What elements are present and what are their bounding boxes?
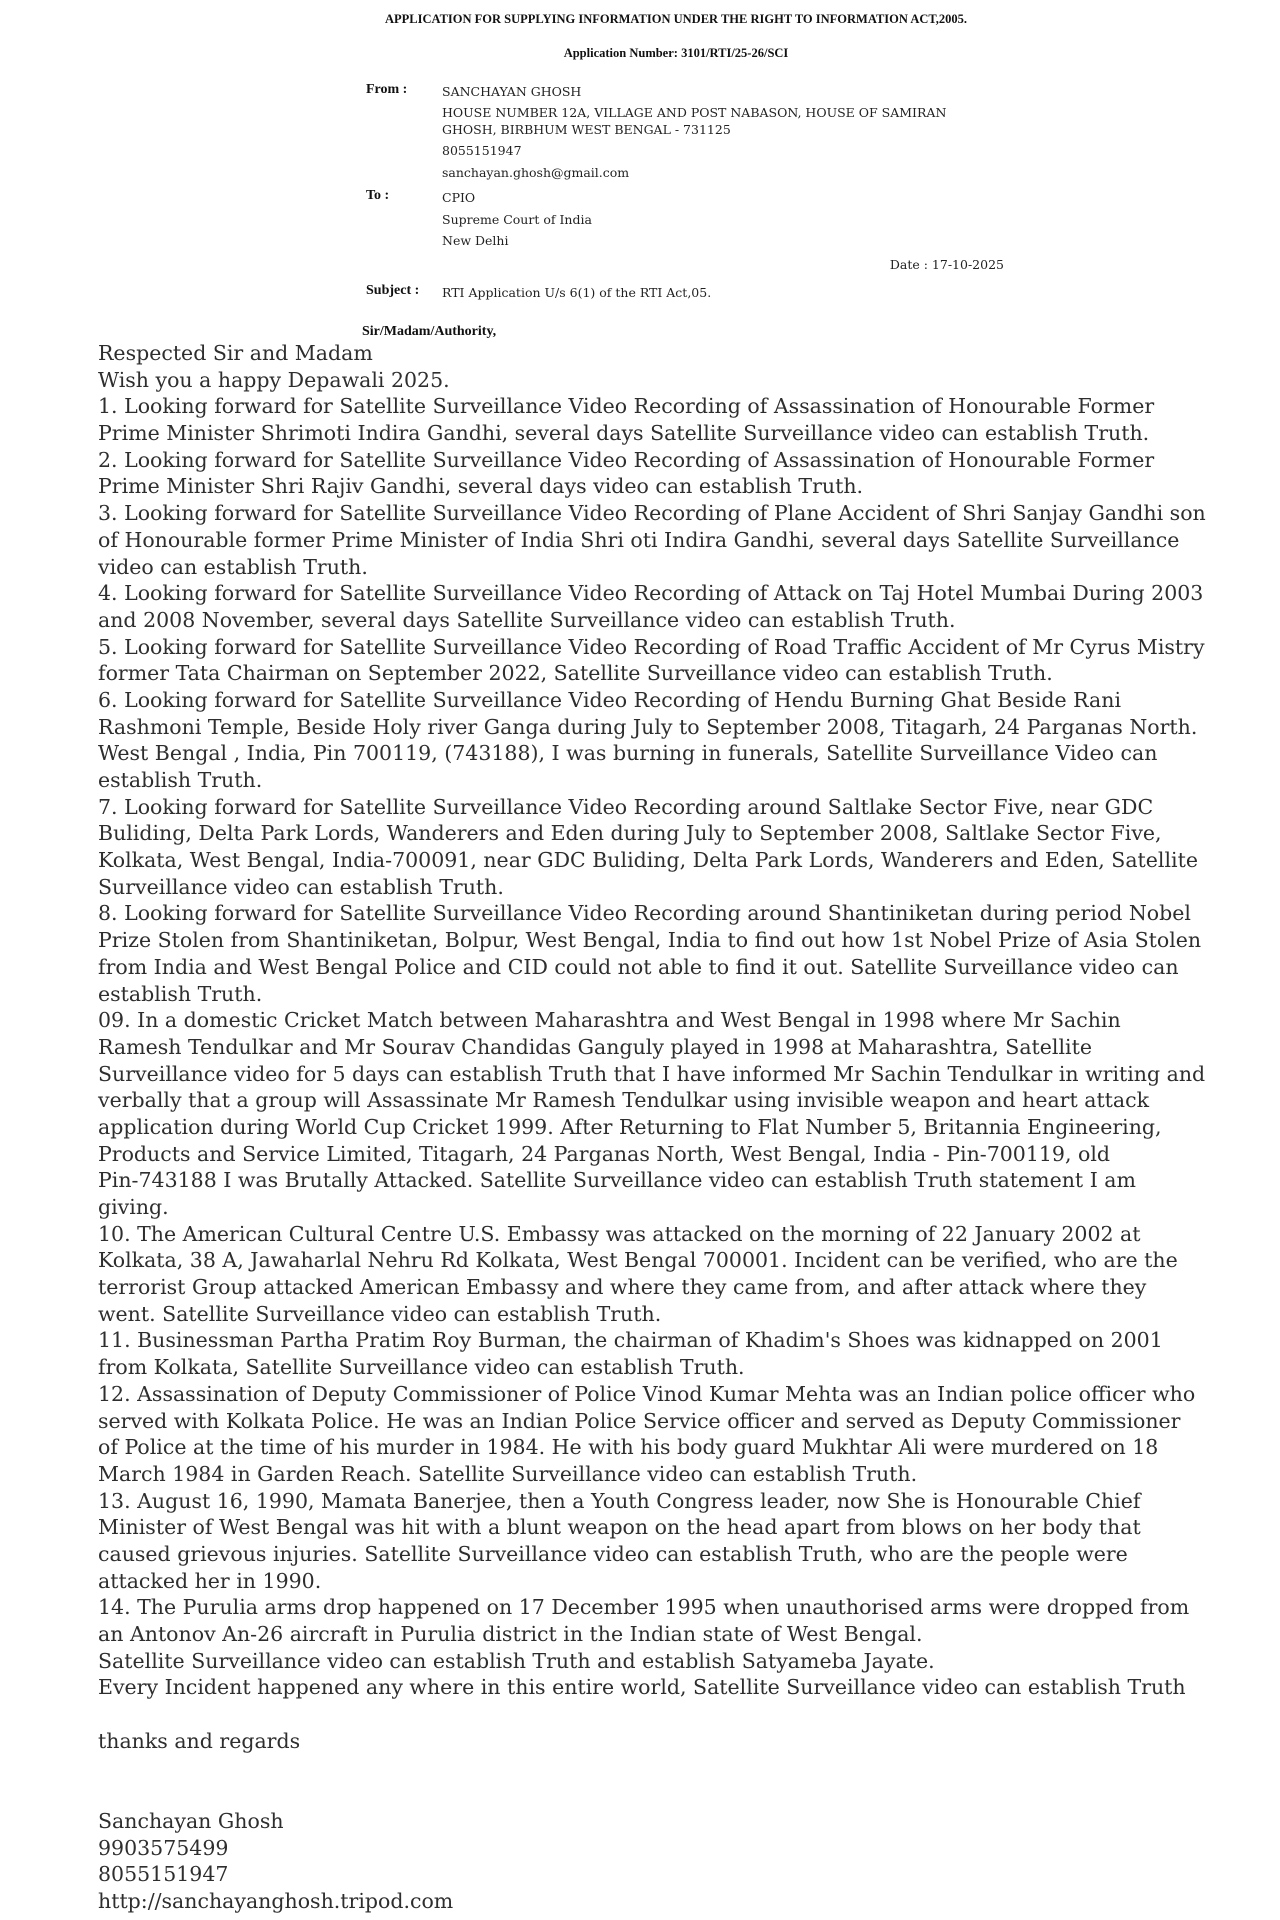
application-number: Application Number: 3101/RTI/25-26/SCI bbox=[0, 46, 1280, 61]
body-line: 12. Assassination of Deputy Commissioner… bbox=[98, 1381, 1206, 1408]
body-line: 5. Looking forward for Satellite Surveil… bbox=[98, 634, 1206, 661]
body-line: 6. Looking forward for Satellite Surveil… bbox=[98, 687, 1206, 714]
body-line: Pin-743188 I was Brutally Attacked. Sate… bbox=[98, 1167, 1206, 1194]
body-line: 13. August 16, 1990, Mamata Banerjee, th… bbox=[98, 1488, 1206, 1515]
body-line: Ramesh Tendulkar and Mr Sourav Chandidas… bbox=[98, 1034, 1206, 1061]
letter-body: Respected Sir and Madam Wish you a happy… bbox=[98, 340, 1206, 1915]
body-line: Prime Minister Shri Rajiv Gandhi, severa… bbox=[98, 473, 1206, 500]
body-line: 14. The Purulia arms drop happened on 17… bbox=[98, 1594, 1206, 1621]
body-line: served with Kolkata Police. He was an In… bbox=[98, 1408, 1206, 1435]
body-line: March 1984 in Garden Reach. Satellite Su… bbox=[98, 1461, 1206, 1488]
body-line: attacked her in 1990. bbox=[98, 1568, 1206, 1595]
salutation: Sir/Madam/Authority, bbox=[362, 324, 496, 340]
body-line: video can establish Truth. bbox=[98, 554, 1206, 581]
body-line: Buliding, Delta Park Lords, Wanderers an… bbox=[98, 820, 1206, 847]
blank-line bbox=[98, 1781, 1206, 1808]
body-line: Prize Stolen from Shantiniketan, Bolpur,… bbox=[98, 927, 1206, 954]
subject-label: Subject : bbox=[366, 283, 419, 299]
document-title: APPLICATION FOR SUPPLYING INFORMATION UN… bbox=[0, 12, 1280, 27]
body-line: of Police at the time of his murder in 1… bbox=[98, 1434, 1206, 1461]
from-address-line2: GHOSH, BIRBHUM WEST BENGAL - 731125 bbox=[442, 121, 731, 138]
to-line3: New Delhi bbox=[442, 232, 508, 249]
from-email: sanchayan.ghosh@gmail.com bbox=[442, 164, 629, 181]
body-line: Every Incident happened any where in thi… bbox=[98, 1674, 1206, 1701]
body-line: establish Truth. bbox=[98, 767, 1206, 794]
signature-name: Sanchayan Ghosh bbox=[98, 1808, 1206, 1835]
body-line: Prime Minister Shrimoti Indira Gandhi, s… bbox=[98, 420, 1206, 447]
body-line: Surveillance video for 5 days can establ… bbox=[98, 1061, 1206, 1088]
body-line: Minister of West Bengal was hit with a b… bbox=[98, 1514, 1206, 1541]
body-line: verbally that a group will Assassinate M… bbox=[98, 1087, 1206, 1114]
from-name: SANCHAYAN GHOSH bbox=[442, 83, 581, 100]
closing-line: thanks and regards bbox=[98, 1728, 1206, 1755]
body-line: Kolkata, West Bengal, India-700091, near… bbox=[98, 847, 1206, 874]
signature-phone2: 8055151947 bbox=[98, 1861, 1206, 1888]
body-line: 4. Looking forward for Satellite Surveil… bbox=[98, 580, 1206, 607]
body-line: Products and Service Limited, Titagarh, … bbox=[98, 1141, 1206, 1168]
body-line: Satellite Surveillance video can establi… bbox=[98, 1648, 1206, 1675]
from-address-line1: HOUSE NUMBER 12A, VILLAGE AND POST NABAS… bbox=[442, 104, 946, 121]
body-line: 8. Looking forward for Satellite Surveil… bbox=[98, 900, 1206, 927]
body-line: Surveillance video can establish Truth. bbox=[98, 874, 1206, 901]
signature-phone1: 9903575499 bbox=[98, 1835, 1206, 1862]
application-date: Date : 17-10-2025 bbox=[890, 257, 1004, 272]
to-label: To : bbox=[366, 188, 389, 204]
body-line: an Antonov An-26 aircraft in Purulia dis… bbox=[98, 1621, 1206, 1648]
body-line: Kolkata, 38 A, Jawaharlal Nehru Rd Kolka… bbox=[98, 1247, 1206, 1274]
body-line: former Tata Chairman on September 2022, … bbox=[98, 660, 1206, 687]
from-phone: 8055151947 bbox=[442, 142, 522, 159]
body-line: West Bengal , India, Pin 700119, (743188… bbox=[98, 740, 1206, 767]
blank-line bbox=[98, 1754, 1206, 1781]
body-line: of Honourable former Prime Minister of I… bbox=[98, 527, 1206, 554]
to-line1: CPIO bbox=[442, 189, 475, 206]
body-line: went. Satellite Surveillance video can e… bbox=[98, 1301, 1206, 1328]
body-line: 7. Looking forward for Satellite Surveil… bbox=[98, 794, 1206, 821]
body-line: Rashmoni Temple, Beside Holy river Ganga… bbox=[98, 714, 1206, 741]
blank-line bbox=[98, 1701, 1206, 1728]
body-line: giving. bbox=[98, 1194, 1206, 1221]
body-line: from Kolkata, Satellite Surveillance vid… bbox=[98, 1354, 1206, 1381]
signature-website-link[interactable]: http://sanchayanghosh.tripod.com bbox=[98, 1888, 1206, 1915]
subject-value: RTI Application U/s 6(1) of the RTI Act,… bbox=[442, 284, 711, 301]
body-line: and 2008 November, several days Satellit… bbox=[98, 607, 1206, 634]
body-line: caused grievous injuries. Satellite Surv… bbox=[98, 1541, 1206, 1568]
body-line: 2. Looking forward for Satellite Surveil… bbox=[98, 447, 1206, 474]
body-line: 10. The American Cultural Centre U.S. Em… bbox=[98, 1221, 1206, 1248]
body-line: establish Truth. bbox=[98, 981, 1206, 1008]
body-line: application during World Cup Cricket 199… bbox=[98, 1114, 1206, 1141]
body-line: Wish you a happy Depawali 2025. bbox=[98, 367, 1206, 394]
body-line: 3. Looking forward for Satellite Surveil… bbox=[98, 500, 1206, 527]
body-line: 11. Businessman Partha Pratim Roy Burman… bbox=[98, 1327, 1206, 1354]
body-line: terrorist Group attacked American Embass… bbox=[98, 1274, 1206, 1301]
from-label: From : bbox=[366, 82, 407, 98]
body-line: Respected Sir and Madam bbox=[98, 340, 1206, 367]
body-line: from India and West Bengal Police and CI… bbox=[98, 954, 1206, 981]
to-line2: Supreme Court of India bbox=[442, 211, 592, 228]
body-line: 1. Looking forward for Satellite Surveil… bbox=[98, 393, 1206, 420]
body-line: 09. In a domestic Cricket Match between … bbox=[98, 1007, 1206, 1034]
